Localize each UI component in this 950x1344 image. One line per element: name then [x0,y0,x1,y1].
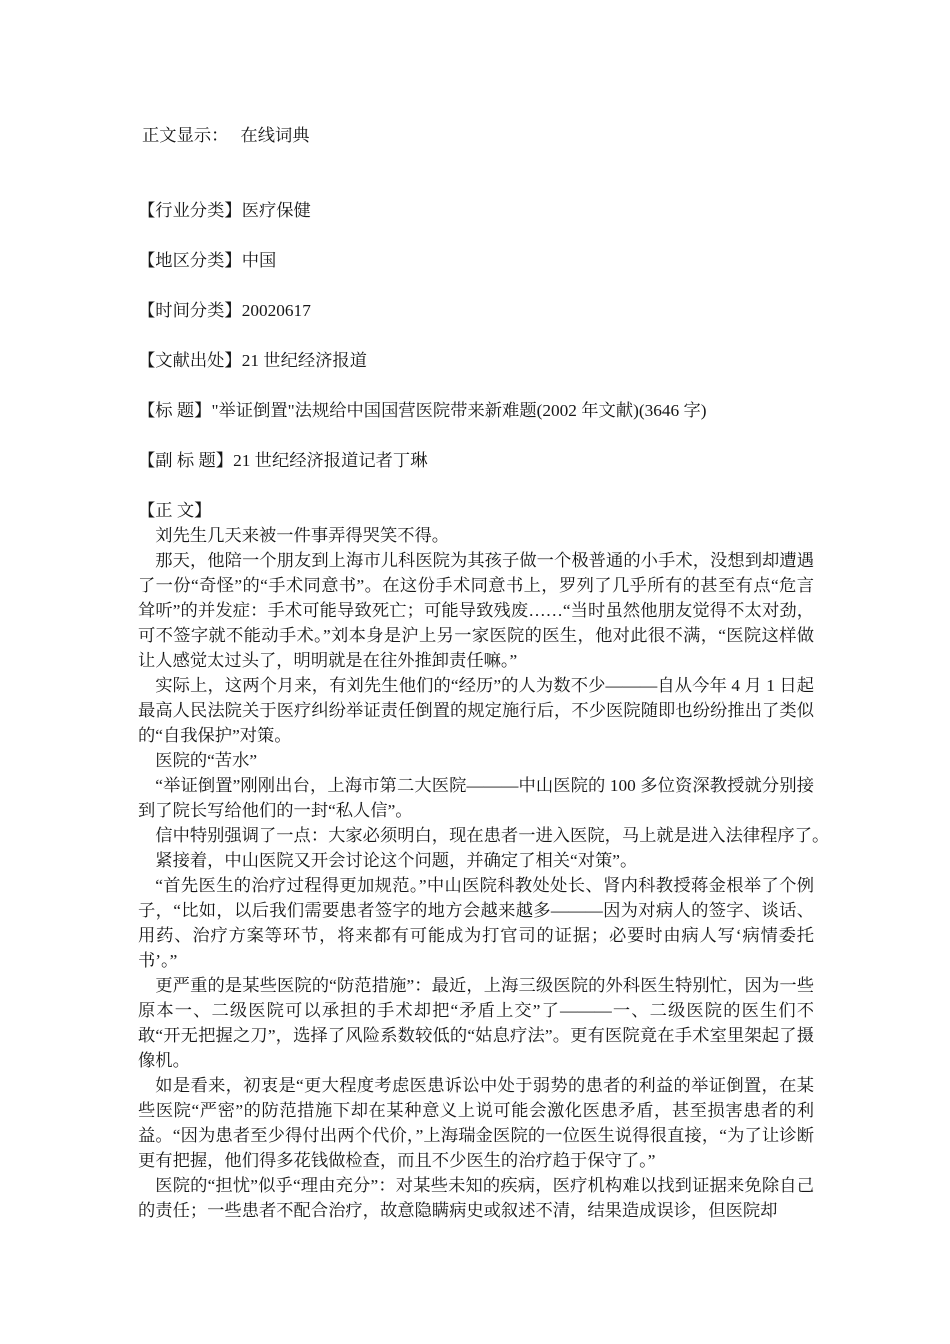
article-paragraph: “举证倒置”刚刚出台，上海市第二大医院———中山医院的 100 多位资深教授就分… [138,773,814,823]
metadata-value: 医疗保健 [242,201,311,220]
article-paragraph: 那天，他陪一个朋友到上海市儿科医院为其孩子做一个极普通的小手术，没想到却遭遇了一… [138,548,814,673]
metadata-label: 【正 文】 [138,501,211,520]
metadata-line: 【副 标 题】21 世纪经济报道记者丁琳 [138,448,814,473]
article-paragraph: 更严重的是某些医院的“防范措施”：最近，上海三级医院的外科医生特别忙，因为一些原… [138,973,814,1073]
article-paragraph: “首先医生的治疗过程得更加规范。”中山医院科教处处长、肾内科教授蒋金根举了个例子… [138,873,814,973]
metadata-value: 20020617 [242,301,311,320]
article-paragraph: 医院的“担忧”似乎“理由充分”：对某些未知的疾病，医疗机构难以找到证据来免除自己… [138,1173,814,1223]
display-mode-line: 正文显示：在线词典 [138,123,814,148]
metadata-label: 【地区分类】 [138,251,242,270]
metadata-line: 【行业分类】医疗保健 [138,198,814,223]
metadata-value: 中国 [242,251,277,270]
metadata-line: 【正 文】 [138,498,814,523]
metadata-line: 【标 题】"举证倒置"法规给中国国营医院带来新难题(2002 年文献)(3646… [138,398,814,423]
metadata-value: "举证倒置"法规给中国国营医院带来新难题(2002 年文献)(3646 字) [211,401,706,420]
display-mode-value: 在线词典 [240,126,309,145]
article-paragraph: 信中特别强调了一点：大家必须明白，现在患者一进入医院，马上就是进入法律程序了。 [138,823,814,848]
display-mode-label: 正文显示： [142,126,228,145]
metadata-value: 21 世纪经济报道记者丁琳 [233,451,427,470]
metadata-line: 【文献出处】21 世纪经济报道 [138,348,814,373]
metadata-line: 【时间分类】20020617 [138,298,814,323]
article-paragraph: 紧接着，中山医院又开会讨论这个问题，并确定了相关“对策”。 [138,848,814,873]
metadata-value: 21 世纪经济报道 [242,351,367,370]
metadata-label: 【行业分类】 [138,201,242,220]
metadata-line: 【地区分类】中国 [138,248,814,273]
metadata-label: 【文献出处】 [138,351,242,370]
article-paragraph: 如是看来，初衷是“更大程度考虑医患诉讼中处于弱势的患者的利益的举证倒置，在某些医… [138,1073,814,1173]
document-content: 正文显示：在线词典 【行业分类】医疗保健【地区分类】中国【时间分类】200206… [138,123,814,1223]
metadata-label: 【副 标 题】 [138,451,233,470]
metadata-label: 【标 题】 [138,401,211,420]
article-paragraph: 医院的“苦水” [138,748,814,773]
metadata-label: 【时间分类】 [138,301,242,320]
metadata-section: 【行业分类】医疗保健【地区分类】中国【时间分类】20020617【文献出处】21… [138,198,814,523]
article-paragraph: 实际上，这两个月来，有刘先生他们的“经历”的人为数不少———自从今年 4 月 1… [138,673,814,748]
document-page: 正文显示：在线词典 【行业分类】医疗保健【地区分类】中国【时间分类】200206… [0,0,950,1344]
article-body: 刘先生几天来被一件事弄得哭笑不得。那天，他陪一个朋友到上海市儿科医院为其孩子做一… [138,523,814,1223]
article-paragraph: 刘先生几天来被一件事弄得哭笑不得。 [138,523,814,548]
